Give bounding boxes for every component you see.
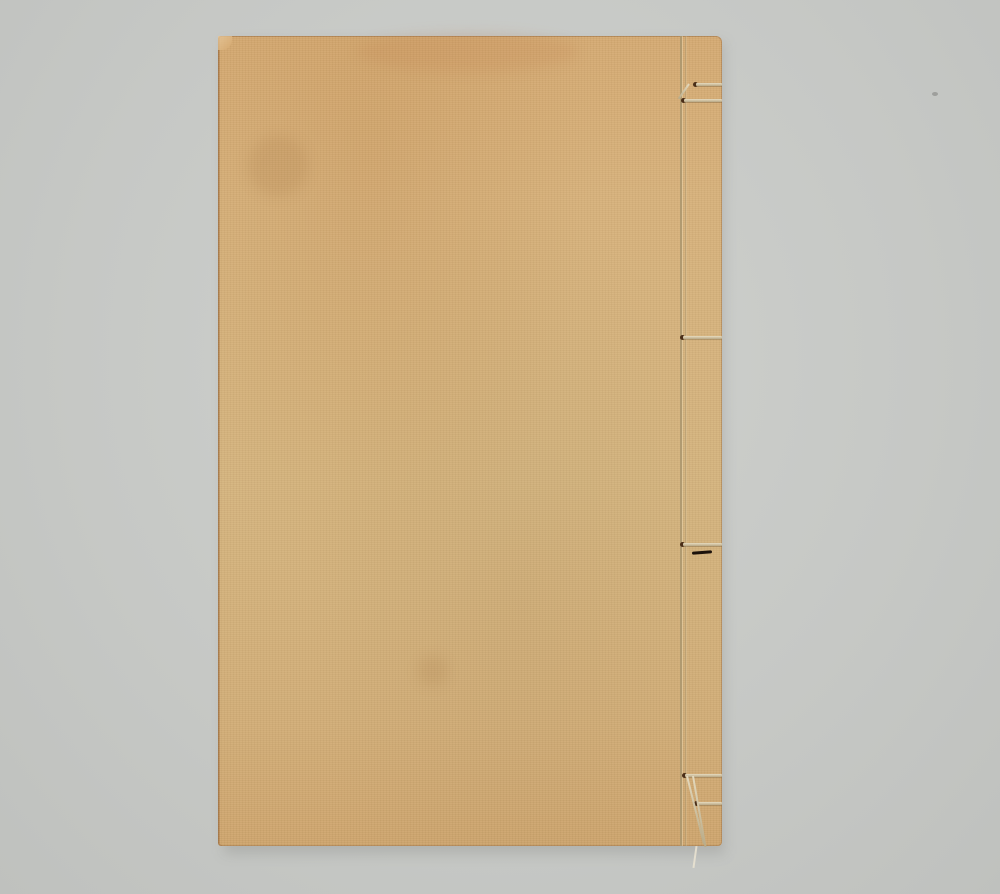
book-cover bbox=[218, 36, 722, 846]
stitch-thread bbox=[684, 99, 722, 102]
stain bbox=[418, 656, 448, 686]
dust-speck bbox=[932, 92, 938, 96]
stain bbox=[248, 136, 308, 196]
binding-thread-vertical bbox=[685, 36, 686, 846]
stitch-thread bbox=[683, 336, 722, 339]
binding-fold-line bbox=[680, 36, 682, 846]
worn-corner bbox=[218, 36, 232, 50]
stitch-thread bbox=[683, 543, 722, 546]
stitch-thread bbox=[685, 774, 722, 777]
stitch-thread bbox=[696, 83, 722, 86]
stitch-thread bbox=[697, 802, 722, 805]
stain bbox=[358, 32, 578, 72]
